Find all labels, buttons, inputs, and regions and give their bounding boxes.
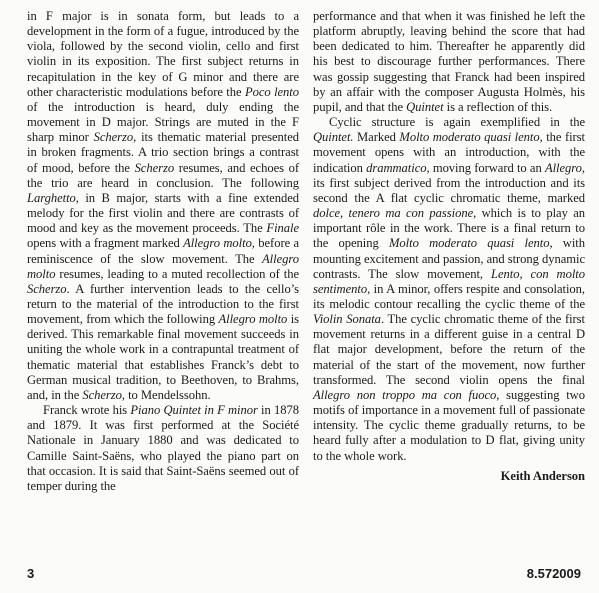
paragraph-quartet-analysis: in F major is in sonata form, but leads …	[27, 9, 299, 403]
right-column: performance and that when it was finishe…	[313, 9, 585, 484]
text-run: opens with a fragment marked	[27, 236, 183, 250]
text-run: , moving forward to an	[426, 161, 544, 175]
italic-term: Allegro molto	[218, 312, 287, 326]
italic-term: drammatico	[366, 161, 426, 175]
paragraph-quintet-analysis: Cyclic structure is again exemplified in…	[313, 115, 585, 464]
italic-term: Scherzo	[27, 282, 67, 296]
italic-term: Piano Quintet in F minor	[130, 403, 257, 417]
text-run: resumes, leading to a muted recollection…	[55, 267, 299, 281]
italic-term: Poco lento	[245, 85, 299, 99]
italic-term: Violin Sonata	[313, 312, 381, 326]
left-column: in F major is in sonata form, but leads …	[27, 9, 299, 494]
italic-term: Allegro non troppo ma con fuoco	[313, 388, 496, 402]
italic-term: Scherzo	[82, 388, 122, 402]
text-run: performance and that when it was finishe…	[313, 9, 585, 114]
italic-term: Finale	[266, 221, 299, 235]
italic-term: Larghetto	[27, 191, 76, 205]
catalogue-number: 8.572009	[527, 566, 581, 581]
paragraph-quintet-history: Franck wrote his Piano Quintet in F mino…	[27, 403, 299, 494]
page-number: 3	[27, 566, 34, 581]
text-run: , to Mendelssohn.	[122, 388, 211, 402]
italic-term: Scherzo	[94, 130, 134, 144]
paragraph-quintet-reception: performance and that when it was finishe…	[313, 9, 585, 115]
text-run: Marked	[354, 130, 400, 144]
italic-term: Quintet.	[313, 130, 354, 144]
italic-term: dolce, tenero ma con passione	[313, 206, 473, 220]
text-run: Franck wrote his	[43, 403, 130, 417]
italic-term: Molto moderato quasi lento,	[389, 236, 553, 250]
text-run: is a reflection of this.	[444, 100, 553, 114]
italic-term: Scherzo	[135, 161, 175, 175]
italic-term: Molto moderato quasi lento	[399, 130, 539, 144]
text-run: Cyclic structure is again exemplified in…	[329, 115, 585, 129]
author-signature: Keith Anderson	[313, 469, 585, 484]
italic-term: Allegro molto,	[183, 236, 255, 250]
italic-term: Allegro	[545, 161, 582, 175]
italic-term: Quintet	[406, 100, 443, 114]
